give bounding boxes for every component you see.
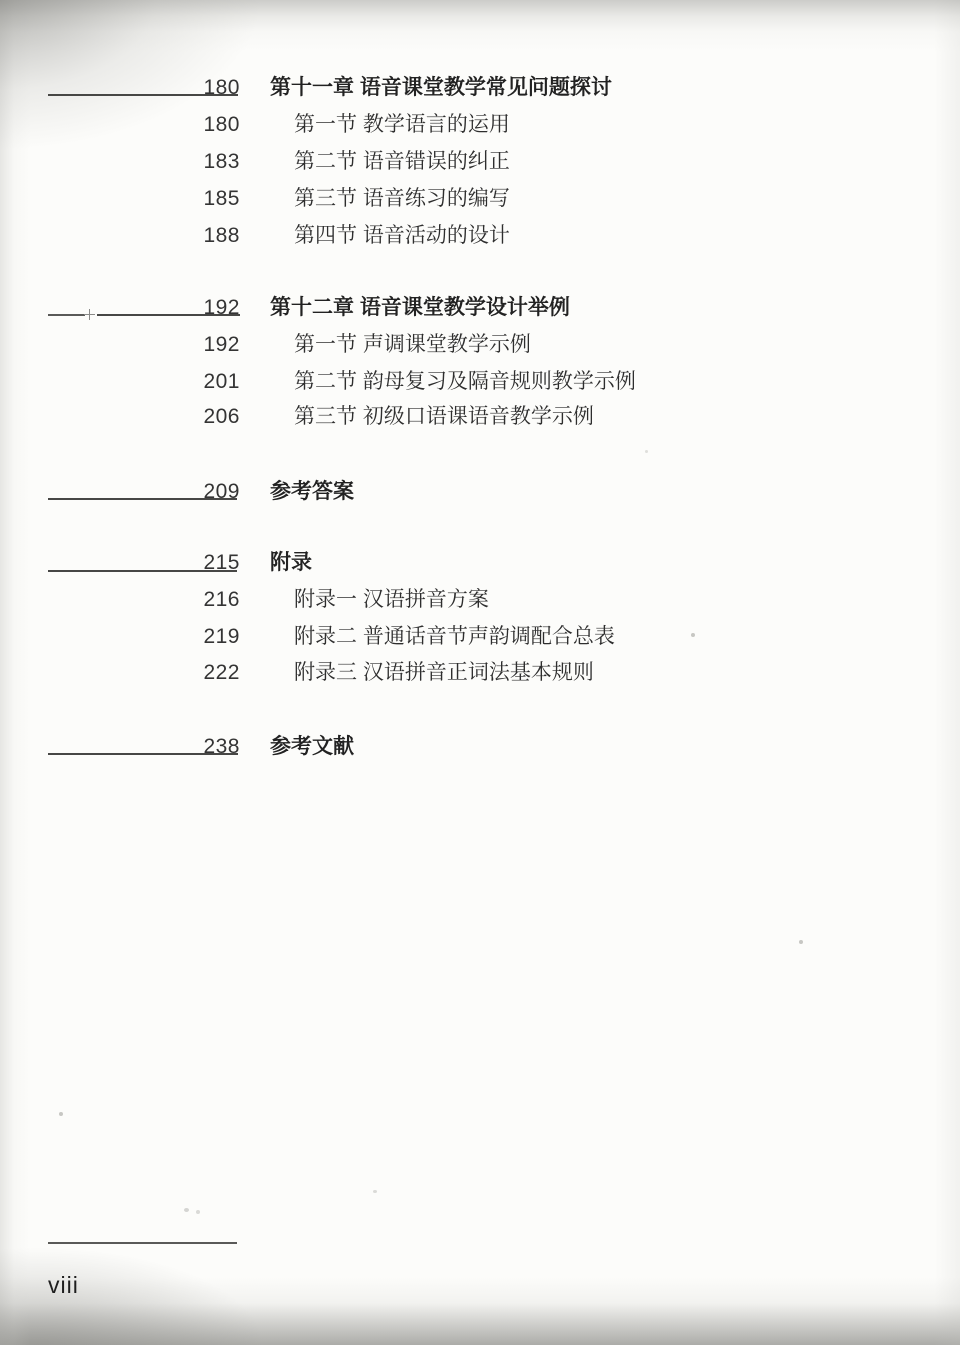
scan-speck bbox=[184, 1208, 189, 1212]
toc-section-row: 185 第三节 语音练习的编写 bbox=[0, 185, 960, 213]
toc-section-row: 219 附录二 普通话音节声韵调配合总表 bbox=[0, 623, 960, 651]
toc-page-number: 238 bbox=[0, 733, 240, 761]
toc-section-title: 第三节 初级口语课语音教学示例 bbox=[294, 403, 594, 431]
toc-section-title: 第三节 语音练习的编写 bbox=[294, 185, 510, 213]
page-number: viii bbox=[48, 1272, 79, 1299]
toc-section-row: 188 第四节 语音活动的设计 bbox=[0, 222, 960, 250]
toc-section-title: 第二节 韵母复习及隔音规则教学示例 bbox=[294, 368, 636, 396]
scan-speck bbox=[59, 1112, 63, 1116]
toc-chapter-row: 209 参考答案 bbox=[0, 478, 960, 506]
toc-page-number: 192 bbox=[0, 331, 240, 359]
toc-section-title: 第一节 声调课堂教学示例 bbox=[294, 331, 531, 359]
toc-page-number: 192 bbox=[0, 294, 240, 322]
toc-chapter-title: 附录 bbox=[270, 549, 312, 577]
toc-section-row: 222 附录三 汉语拼音正词法基本规则 bbox=[0, 659, 960, 687]
toc-page-number: 222 bbox=[0, 659, 240, 687]
scan-speck bbox=[799, 940, 803, 944]
toc-page-number: 183 bbox=[0, 148, 240, 176]
scan-speck bbox=[645, 450, 648, 453]
toc-page-number: 180 bbox=[0, 74, 240, 102]
toc-page-number: 219 bbox=[0, 623, 240, 651]
toc-page-number: 201 bbox=[0, 368, 240, 396]
toc-section-title: 附录一 汉语拼音方案 bbox=[294, 586, 489, 614]
toc-page-number: 206 bbox=[0, 403, 240, 431]
toc-page-number: 188 bbox=[0, 222, 240, 250]
toc-chapter-title: 参考答案 bbox=[270, 478, 354, 506]
toc-section-title: 第四节 语音活动的设计 bbox=[294, 222, 510, 250]
toc-chapter-title: 参考文献 bbox=[270, 733, 354, 761]
toc-section-title: 第一节 教学语言的运用 bbox=[294, 111, 510, 139]
scan-speck bbox=[373, 1190, 377, 1193]
toc-chapter-title: 第十一章 语音课堂教学常见问题探讨 bbox=[270, 74, 612, 102]
toc-section-row: 206 第三节 初级口语课语音教学示例 bbox=[0, 403, 960, 431]
toc-chapter-row: 192 第十二章 语音课堂教学设计举例 bbox=[0, 294, 960, 322]
toc-section-row: 183 第二节 语音错误的纠正 bbox=[0, 148, 960, 176]
toc-section-row: 216 附录一 汉语拼音方案 bbox=[0, 586, 960, 614]
toc-chapter-row: 238 参考文献 bbox=[0, 733, 960, 761]
toc-section-row: 192 第一节 声调课堂教学示例 bbox=[0, 331, 960, 359]
scan-speck bbox=[196, 1210, 200, 1214]
scanned-toc-page: 180 第十一章 语音课堂教学常见问题探讨 180 第一节 教学语言的运用 18… bbox=[0, 0, 960, 1345]
toc-page-number: 215 bbox=[0, 549, 240, 577]
toc-page-number: 216 bbox=[0, 586, 240, 614]
footer-rule bbox=[48, 1242, 237, 1244]
toc-chapter-title: 第十二章 语音课堂教学设计举例 bbox=[270, 294, 570, 322]
toc-chapter-row: 215 附录 bbox=[0, 549, 960, 577]
toc-page-number: 209 bbox=[0, 478, 240, 506]
toc-page-number: 185 bbox=[0, 185, 240, 213]
scan-speck bbox=[691, 633, 695, 637]
toc-chapter-row: 180 第十一章 语音课堂教学常见问题探讨 bbox=[0, 74, 960, 102]
toc-section-title: 第二节 语音错误的纠正 bbox=[294, 148, 510, 176]
toc-section-title: 附录三 汉语拼音正词法基本规则 bbox=[294, 659, 594, 687]
toc-section-row: 201 第二节 韵母复习及隔音规则教学示例 bbox=[0, 368, 960, 396]
toc-page-number: 180 bbox=[0, 111, 240, 139]
toc-section-row: 180 第一节 教学语言的运用 bbox=[0, 111, 960, 139]
toc-section-title: 附录二 普通话音节声韵调配合总表 bbox=[294, 623, 615, 651]
